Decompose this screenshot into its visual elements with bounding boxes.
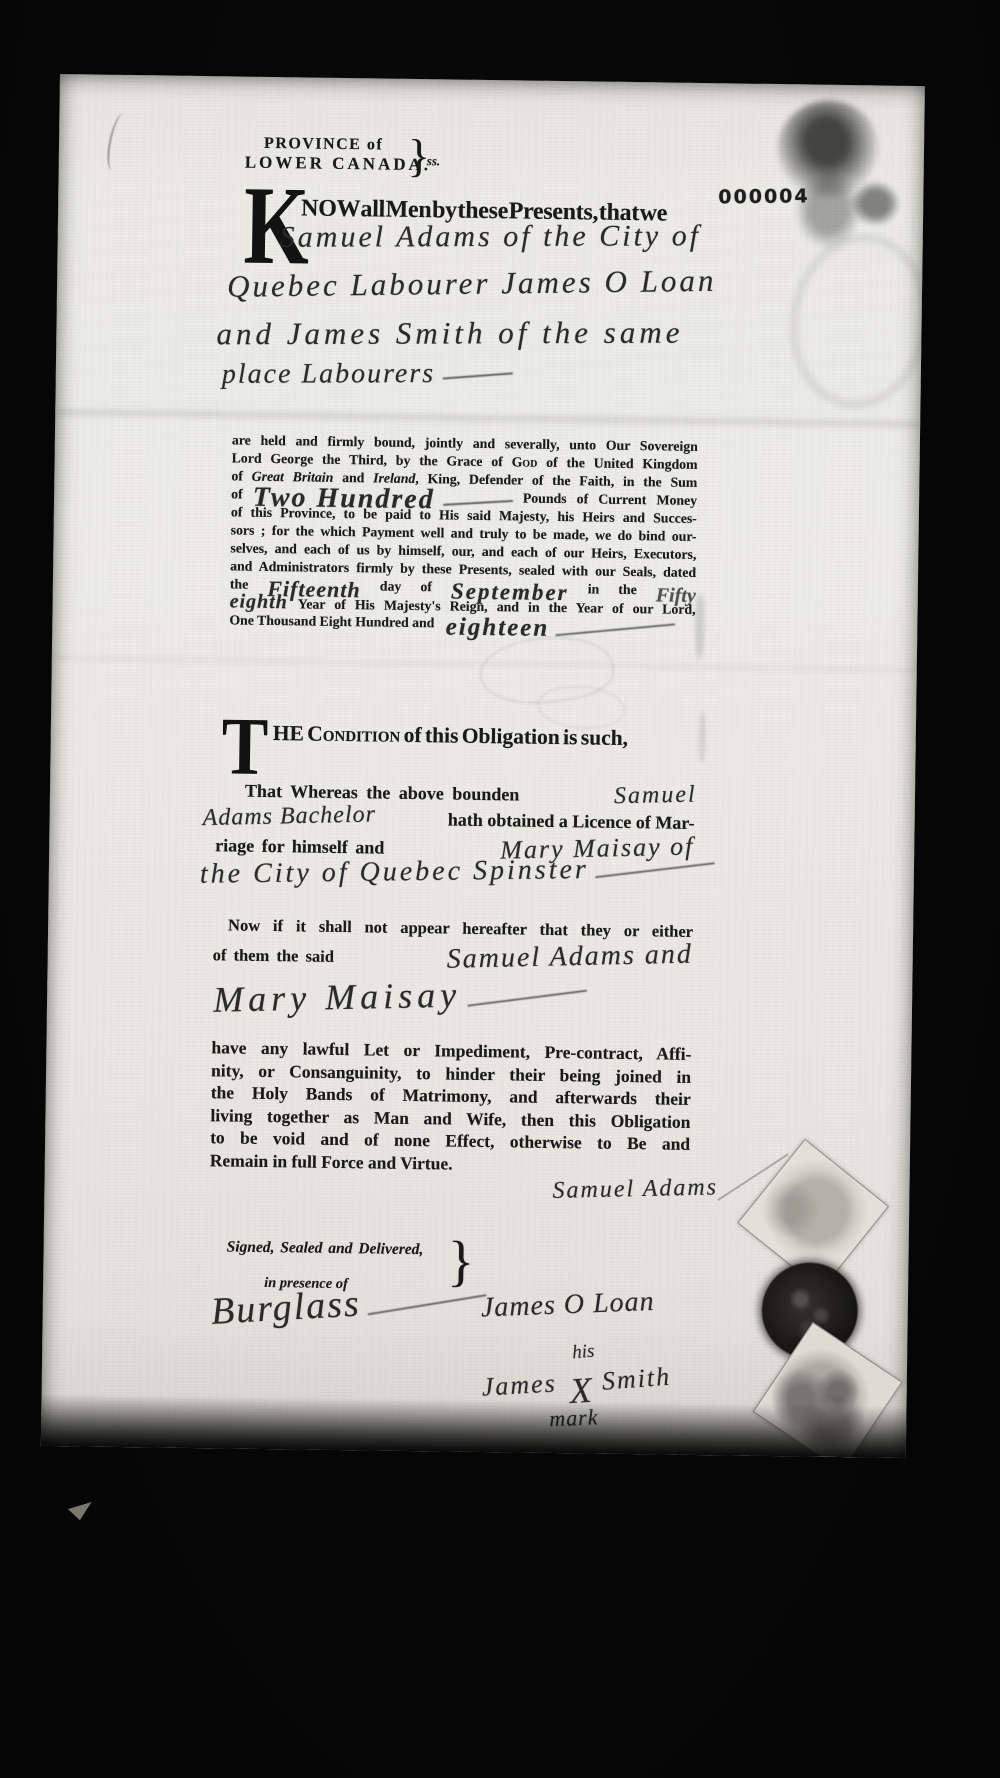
cosigner-signature: James O Loan (480, 1286, 655, 1325)
handwritten-principals-line: place Labourers (222, 358, 513, 391)
handwritten-bride-residence: the City of Quebec Spinster (200, 854, 589, 890)
ss-abbreviation: ss. (427, 153, 441, 169)
fold-crease (55, 407, 920, 431)
faint-streak (695, 595, 705, 659)
handwritten-principals-line: Samuel Adams of the City of (280, 219, 701, 254)
handwritten-principals-line: and James Smith of the same (216, 315, 683, 353)
proviso-line-3: Mary Maisay (213, 971, 588, 1021)
bond-text: One Thousand Eight Hundred and (229, 612, 434, 630)
handwritten-month: September (451, 592, 569, 594)
witness-signature: Burglass (210, 1274, 488, 1333)
province-line: PROVINCE of (264, 135, 383, 155)
handwritten-groom-name: Samuel (614, 782, 697, 811)
handwritten-bride-name-2: Mary Maisay (213, 975, 462, 1020)
paper-hair-mark (105, 112, 132, 172)
film-artifact-mark (66, 1498, 91, 1522)
handwritten-text: place Labourers (222, 358, 435, 390)
serial-number-stamp: 000004 (718, 185, 810, 208)
witness-name: Burglass (210, 1283, 362, 1333)
bond-text: of (231, 468, 252, 483)
mark-last-name: Smith (601, 1362, 672, 1397)
bond-text: day of (380, 579, 432, 595)
microfilm-scan-background: PROVINCE of LOWER CANADA. } ss. 000004 K… (0, 0, 1000, 1778)
handwritten-regnal-year2: eighth (230, 593, 288, 612)
condition-text: riage for himself and (215, 835, 384, 858)
condition-heading-smallcaps: Condition (307, 722, 400, 747)
bond-text: of the United Kingdom (537, 455, 697, 472)
bond-text: Lord George the Third, by the Grace of (232, 450, 512, 469)
condition-heading: HE Condition of this Obligation is such, (273, 721, 629, 751)
bond-text: , King, Defender of the Faith, in the Su… (415, 471, 697, 490)
condition-heading-text: of this Obligation is such, (400, 723, 628, 750)
principal-signature: Samuel Adams (552, 1174, 718, 1204)
handwritten-text: eighteen (446, 613, 550, 641)
proviso-line-2: of them the said Samuel Adams and (213, 936, 693, 975)
bond-text: the (230, 576, 249, 591)
ink-smudge (851, 181, 900, 226)
handwritten-couple-names: Samuel Adams and (446, 939, 693, 976)
handwritten-day: Fifteenth (267, 589, 360, 590)
mark-first-name: James (481, 1368, 558, 1402)
condition-text: That Whereas the above bounden (245, 781, 520, 806)
proviso-text: of them the said (213, 945, 335, 967)
bond-text-smallcaps: God (512, 454, 538, 469)
handwritten-principals-line: Quebec Labourer James O Loan (227, 263, 717, 305)
bond-text: in the (588, 581, 637, 597)
handwritten-regnal-year: Fifty (656, 595, 696, 596)
condition-line-4: the City of Quebec Spinster (200, 852, 715, 890)
attestation-line-1: Signed, Sealed and Delivered, (227, 1238, 424, 1259)
mark-word: mark (549, 1404, 599, 1432)
mark-his-word: his (571, 1341, 595, 1365)
faint-streak (698, 711, 706, 763)
seal-bleedthrough-ring (777, 224, 925, 419)
drop-cap-T: T (221, 714, 268, 779)
bond-text: of (231, 486, 243, 501)
document-page: PROVINCE of LOWER CANADA. } ss. 000004 K… (41, 74, 925, 1458)
condition-text: hath obtained a Licence of Mar- (448, 809, 695, 833)
condition-heading-text: HE (273, 721, 308, 745)
bond-text: Pounds of Current Money (523, 491, 697, 508)
